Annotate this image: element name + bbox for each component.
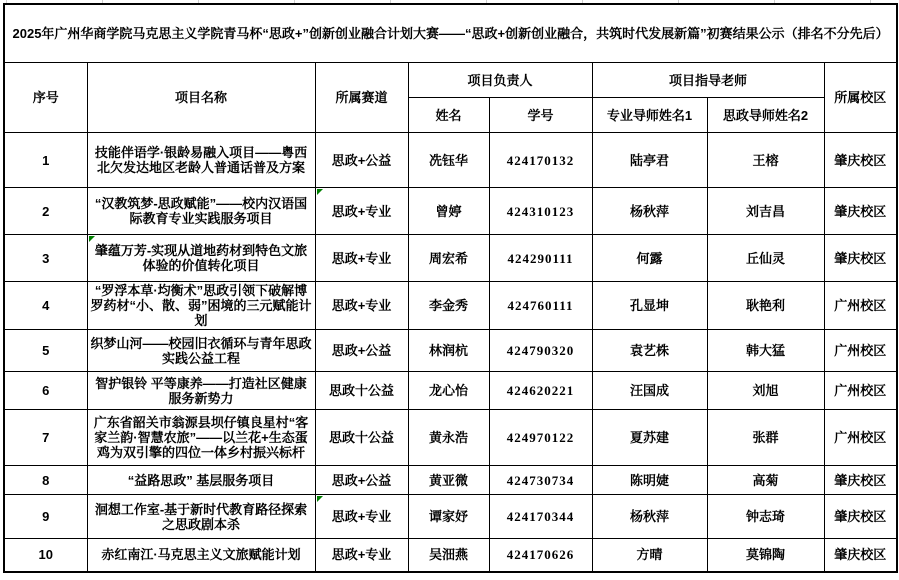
cell-student-id[interactable]: 424170132 bbox=[489, 133, 592, 188]
cell-track[interactable]: 思政+公益 bbox=[315, 466, 408, 495]
cell-project-name[interactable]: 智护银铃 平等康养——打造社区健康服务新势力 bbox=[87, 372, 315, 410]
cell-leader-name[interactable]: 谭家妤 bbox=[408, 495, 489, 539]
table-row: 4“罗浮本草·均衡术”思政引领下破解博罗药材“小、散、弱”困境的三元赋能计划思政… bbox=[4, 282, 897, 330]
cell-campus[interactable]: 肇庆校区 bbox=[824, 466, 897, 495]
cell-leader-name[interactable]: 周宏希 bbox=[408, 235, 489, 282]
cell-mentor1[interactable]: 陆亭君 bbox=[592, 133, 707, 188]
cell-mentor2[interactable]: 莫锦陶 bbox=[707, 539, 824, 572]
col-header-campus[interactable]: 所属校区 bbox=[824, 63, 897, 133]
col-header-project-name[interactable]: 项目名称 bbox=[87, 63, 315, 133]
cell-campus[interactable]: 广州校区 bbox=[824, 282, 897, 330]
cell-student-id[interactable]: 424290111 bbox=[489, 235, 592, 282]
cell-project-name[interactable]: “汉教筑梦-思政赋能”——校内汉语国际教育专业实践服务项目 bbox=[87, 188, 315, 235]
cell-student-id[interactable]: 424170626 bbox=[489, 539, 592, 572]
cell-leader-name[interactable]: 黄亚微 bbox=[408, 466, 489, 495]
cell-serial[interactable]: 4 bbox=[4, 282, 87, 330]
cell-campus[interactable]: 肇庆校区 bbox=[824, 235, 897, 282]
col-header-mentor-group[interactable]: 项目指导老师 bbox=[592, 63, 824, 98]
cell-campus[interactable]: 肇庆校区 bbox=[824, 495, 897, 539]
cell-campus[interactable]: 广州校区 bbox=[824, 330, 897, 372]
col-header-student-id[interactable]: 学号 bbox=[489, 98, 592, 133]
table-row: 7广东省韶关市翁源县坝仔镇良星村“客家兰韵·智慧农旅”——以兰花+生态蛋鸡为双引… bbox=[4, 410, 897, 466]
cell-project-name[interactable]: 赤红南江·马克思主义文旅赋能计划 bbox=[87, 539, 315, 572]
cell-leader-name[interactable]: 曾婷 bbox=[408, 188, 489, 235]
cell-project-name[interactable]: 技能伴语学·银龄易融入项目——粤西北欠发达地区老龄人普通话普及方案 bbox=[87, 133, 315, 188]
cell-serial[interactable]: 1 bbox=[4, 133, 87, 188]
col-header-track[interactable]: 所属赛道 bbox=[315, 63, 408, 133]
cell-mentor1[interactable]: 方晴 bbox=[592, 539, 707, 572]
cell-track[interactable]: 思政+专业 bbox=[315, 235, 408, 282]
cell-student-id[interactable]: 424620221 bbox=[489, 372, 592, 410]
cell-project-name[interactable]: “罗浮本草·均衡术”思政引领下破解博罗药材“小、散、弱”困境的三元赋能计划 bbox=[87, 282, 315, 330]
cell-mentor2[interactable]: 张群 bbox=[707, 410, 824, 466]
col-header-leader-name[interactable]: 姓名 bbox=[408, 98, 489, 133]
results-table: 2025年广州华商学院马克思主义学院青马杯“思政+”创新创业融合计划大赛——“思… bbox=[3, 3, 898, 573]
cell-mentor1[interactable]: 杨秋萍 bbox=[592, 495, 707, 539]
table-row: 3肇蕴万芳-实现从道地药材到特色文旅体验的价值转化项目思政+专业周宏希42429… bbox=[4, 235, 897, 282]
cell-campus[interactable]: 肇庆校区 bbox=[824, 133, 897, 188]
cell-serial[interactable]: 7 bbox=[4, 410, 87, 466]
table-row: 8“益路思政” 基层服务项目思政+公益黄亚微424730734陈明婕高菊肇庆校区 bbox=[4, 466, 897, 495]
cell-track[interactable]: 思政+专业 bbox=[315, 495, 408, 539]
cell-student-id[interactable]: 424310123 bbox=[489, 188, 592, 235]
cell-mentor2[interactable]: 丘仙灵 bbox=[707, 235, 824, 282]
cell-mentor2[interactable]: 韩大猛 bbox=[707, 330, 824, 372]
cell-mentor1[interactable]: 夏苏建 bbox=[592, 410, 707, 466]
cell-track[interactable]: 思政+专业 bbox=[315, 282, 408, 330]
cell-project-name[interactable]: 织梦山河——校园旧衣循环与青年思政实践公益工程 bbox=[87, 330, 315, 372]
col-header-mentor2[interactable]: 思政导师姓名2 bbox=[707, 98, 824, 133]
cell-leader-name[interactable]: 黄永浩 bbox=[408, 410, 489, 466]
cell-mentor1[interactable]: 陈明婕 bbox=[592, 466, 707, 495]
cell-track[interactable]: 思政+公益 bbox=[315, 133, 408, 188]
cell-mentor1[interactable]: 袁艺株 bbox=[592, 330, 707, 372]
cell-campus[interactable]: 肇庆校区 bbox=[824, 539, 897, 572]
cell-track[interactable]: 思政十公益 bbox=[315, 372, 408, 410]
table-row: 2“汉教筑梦-思政赋能”——校内汉语国际教育专业实践服务项目思政+专业曾婷424… bbox=[4, 188, 897, 235]
table-row: 5织梦山河——校园旧衣循环与青年思政实践公益工程思政+公益林润杭42479032… bbox=[4, 330, 897, 372]
table-row: 9洄想工作室-基于新时代教育路径探索之思政剧本杀思政+专业谭家妤42417034… bbox=[4, 495, 897, 539]
cell-student-id[interactable]: 424760111 bbox=[489, 282, 592, 330]
cell-serial[interactable]: 3 bbox=[4, 235, 87, 282]
cell-serial[interactable]: 8 bbox=[4, 466, 87, 495]
cell-mentor1[interactable]: 杨秋萍 bbox=[592, 188, 707, 235]
cell-campus[interactable]: 肇庆校区 bbox=[824, 188, 897, 235]
cell-student-id[interactable]: 424790320 bbox=[489, 330, 592, 372]
cell-leader-name[interactable]: 林润杭 bbox=[408, 330, 489, 372]
cell-leader-name[interactable]: 冼钰华 bbox=[408, 133, 489, 188]
cell-student-id[interactable]: 424970122 bbox=[489, 410, 592, 466]
col-header-leader-group[interactable]: 项目负责人 bbox=[408, 63, 592, 98]
cell-student-id[interactable]: 424170344 bbox=[489, 495, 592, 539]
cell-mentor2[interactable]: 耿艳利 bbox=[707, 282, 824, 330]
cell-track[interactable]: 思政+专业 bbox=[315, 539, 408, 572]
spreadsheet-view: 2025年广州华商学院马克思主义学院青马杯“思政+”创新创业融合计划大赛——“思… bbox=[0, 0, 899, 580]
cell-mentor2[interactable]: 王榕 bbox=[707, 133, 824, 188]
cell-mentor1[interactable]: 汪国成 bbox=[592, 372, 707, 410]
table-row: 10赤红南江·马克思主义文旅赋能计划思政+专业吴沺燕424170626方晴莫锦陶… bbox=[4, 539, 897, 572]
cell-campus[interactable]: 广州校区 bbox=[824, 372, 897, 410]
cell-mentor2[interactable]: 刘旭 bbox=[707, 372, 824, 410]
cell-student-id[interactable]: 424730734 bbox=[489, 466, 592, 495]
table-title: 2025年广州华商学院马克思主义学院青马杯“思政+”创新创业融合计划大赛——“思… bbox=[4, 4, 897, 63]
col-header-serial[interactable]: 序号 bbox=[4, 63, 87, 133]
cell-leader-name[interactable]: 李金秀 bbox=[408, 282, 489, 330]
cell-project-name[interactable]: “益路思政” 基层服务项目 bbox=[87, 466, 315, 495]
cell-track[interactable]: 思政+专业 bbox=[315, 188, 408, 235]
cell-serial[interactable]: 10 bbox=[4, 539, 87, 572]
cell-project-name[interactable]: 洄想工作室-基于新时代教育路径探索之思政剧本杀 bbox=[87, 495, 315, 539]
cell-serial[interactable]: 6 bbox=[4, 372, 87, 410]
cell-serial[interactable]: 5 bbox=[4, 330, 87, 372]
cell-mentor1[interactable]: 孔显坤 bbox=[592, 282, 707, 330]
cell-mentor2[interactable]: 刘吉昌 bbox=[707, 188, 824, 235]
results-body: 1技能伴语学·银龄易融入项目——粤西北欠发达地区老龄人普通话普及方案思政+公益冼… bbox=[4, 133, 897, 572]
cell-leader-name[interactable]: 龙心怡 bbox=[408, 372, 489, 410]
cell-project-name[interactable]: 肇蕴万芳-实现从道地药材到特色文旅体验的价值转化项目 bbox=[87, 235, 315, 282]
cell-serial[interactable]: 9 bbox=[4, 495, 87, 539]
cell-mentor1[interactable]: 何露 bbox=[592, 235, 707, 282]
cell-mentor2[interactable]: 钟志琦 bbox=[707, 495, 824, 539]
cell-track[interactable]: 思政十公益 bbox=[315, 410, 408, 466]
table-row: 1技能伴语学·银龄易融入项目——粤西北欠发达地区老龄人普通话普及方案思政+公益冼… bbox=[4, 133, 897, 188]
table-row: 6智护银铃 平等康养——打造社区健康服务新势力思政十公益龙心怡424620221… bbox=[4, 372, 897, 410]
col-header-mentor1[interactable]: 专业导师姓名1 bbox=[592, 98, 707, 133]
cell-track[interactable]: 思政+公益 bbox=[315, 330, 408, 372]
cell-mentor2[interactable]: 高菊 bbox=[707, 466, 824, 495]
cell-serial[interactable]: 2 bbox=[4, 188, 87, 235]
cell-campus[interactable]: 广州校区 bbox=[824, 410, 897, 466]
cell-project-name[interactable]: 广东省韶关市翁源县坝仔镇良星村“客家兰韵·智慧农旅”——以兰花+生态蛋鸡为双引擎… bbox=[87, 410, 315, 466]
cell-leader-name[interactable]: 吴沺燕 bbox=[408, 539, 489, 572]
